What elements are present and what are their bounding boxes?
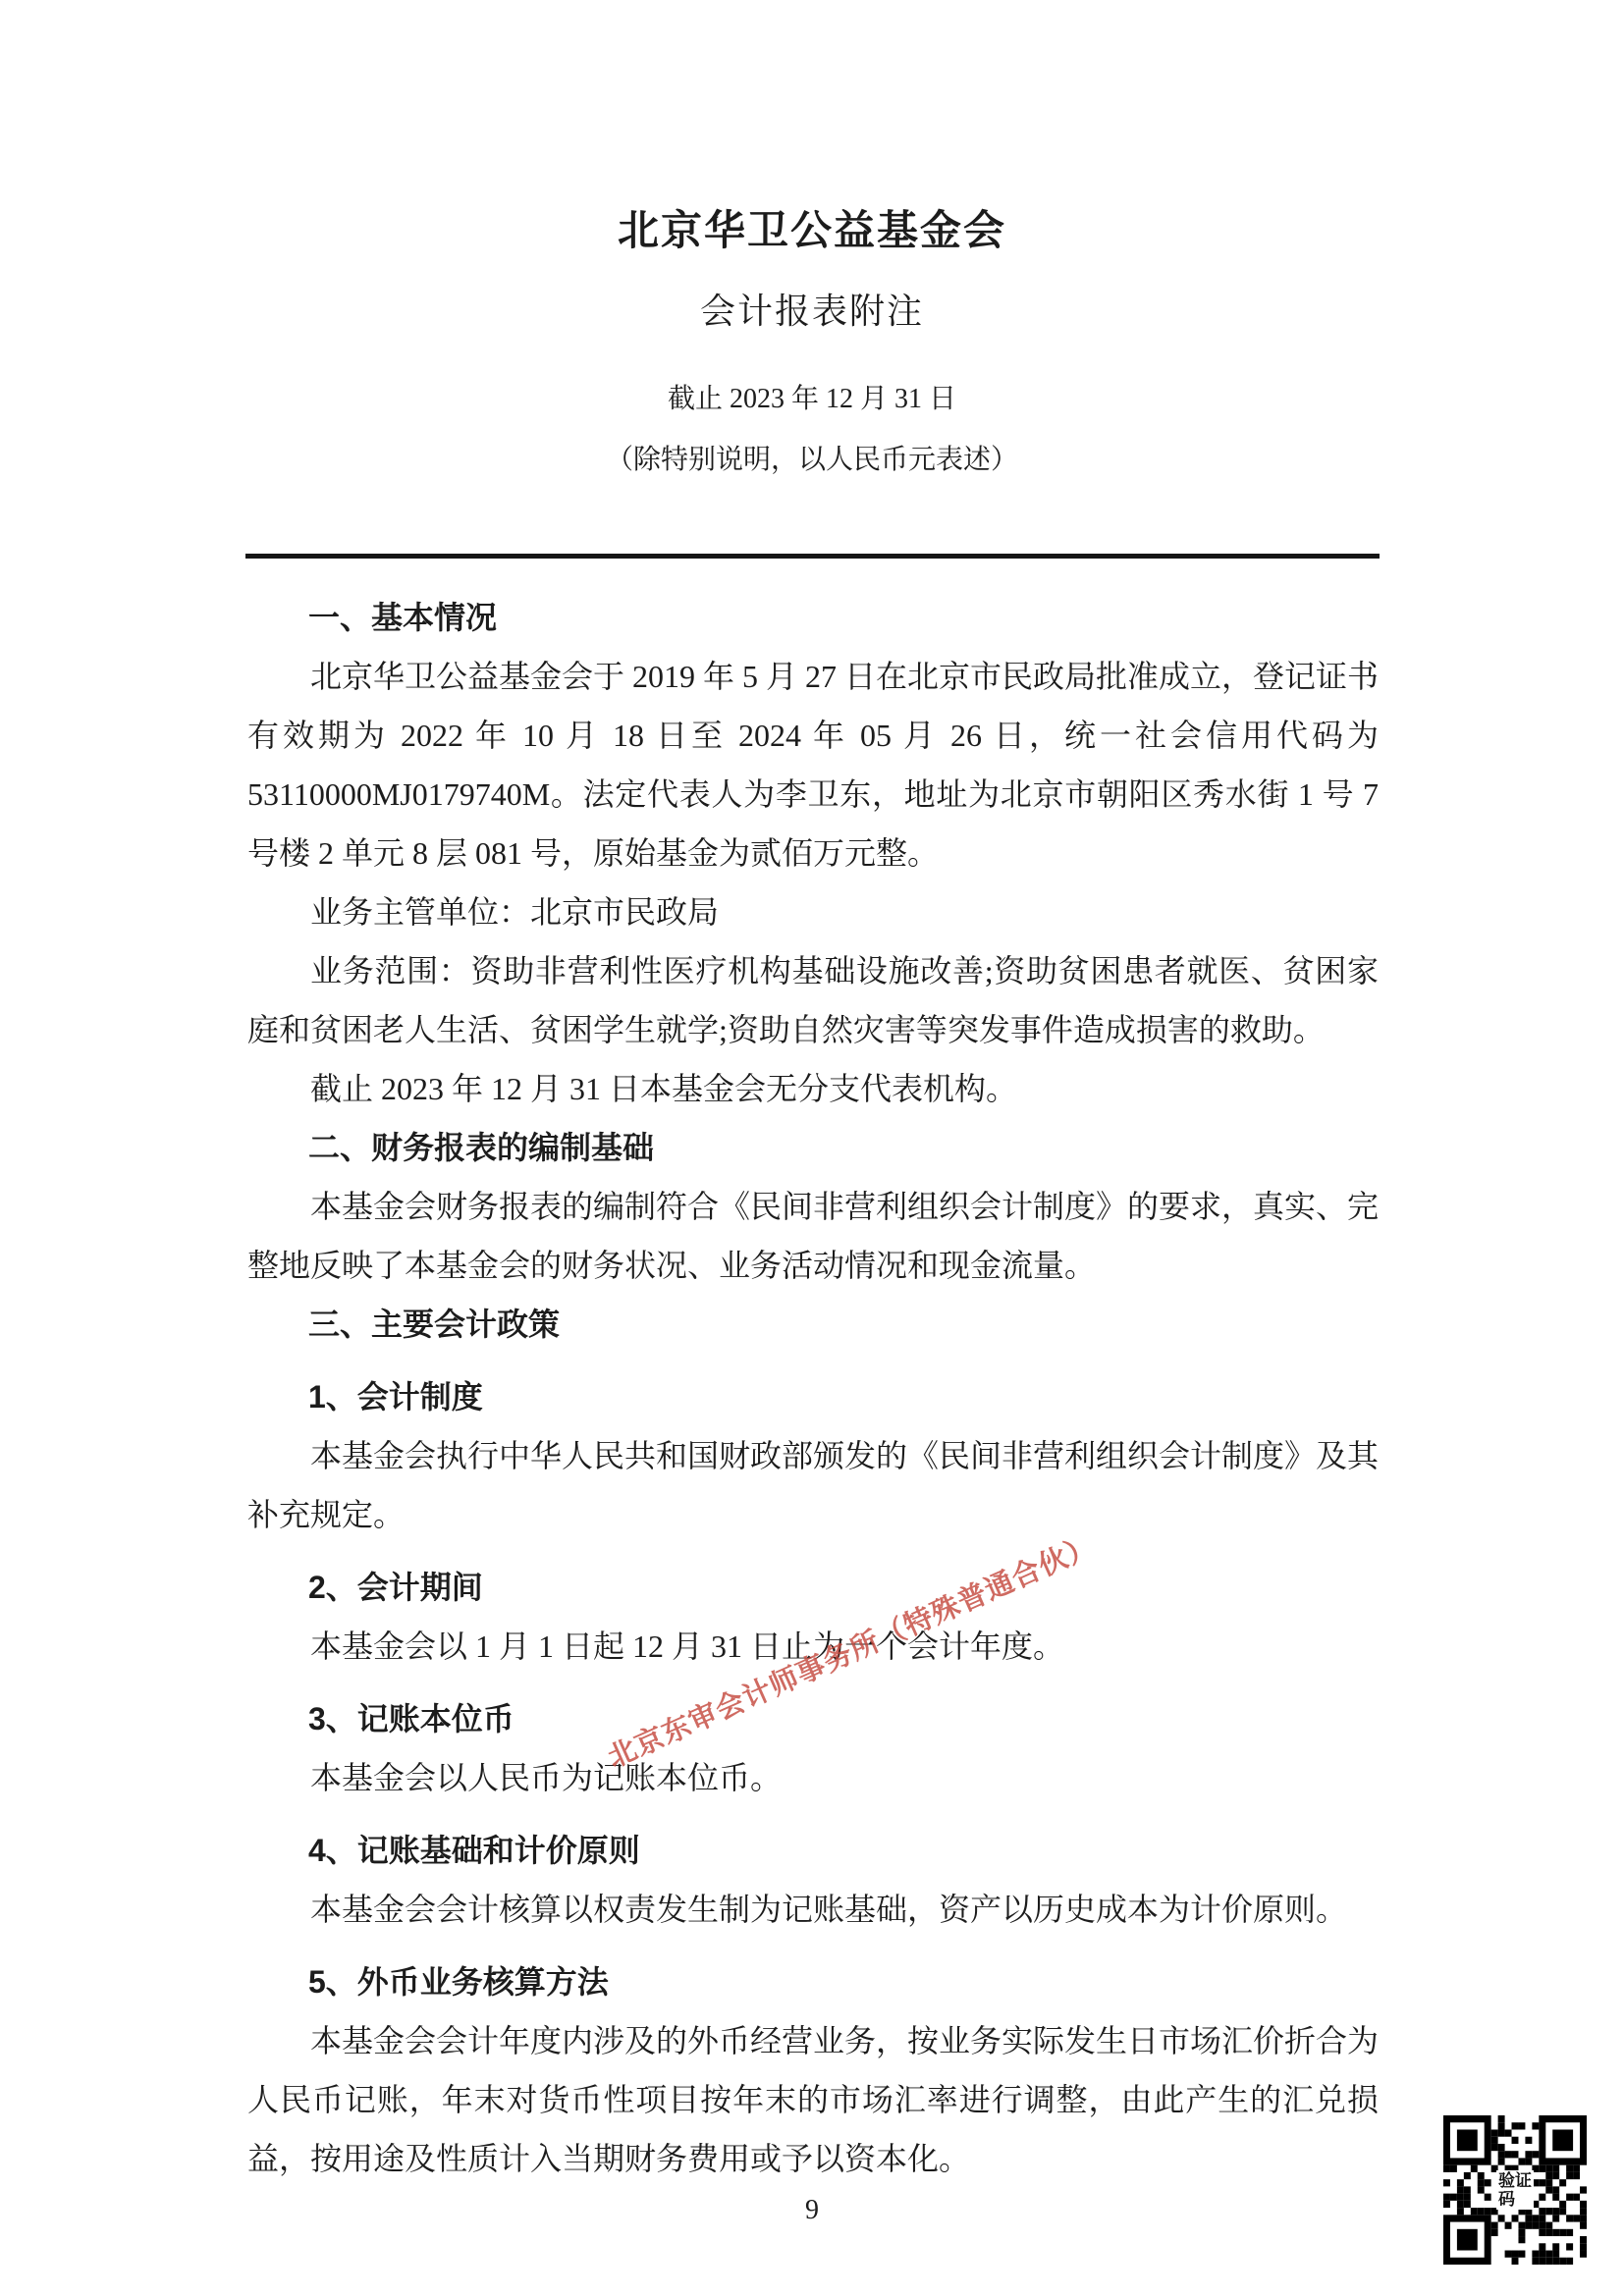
policy-1-paragraph: 本基金会执行中华人民共和国财政部颁发的《民间非营利组织会计制度》及其补充规定。 <box>247 1426 1379 1544</box>
policy-3-heading: 3、记账本位币 <box>247 1689 1379 1748</box>
qr-code: 验证 码 <box>1443 2115 1587 2265</box>
currency-note-line: （除特别说明，以人民币元表述） <box>0 446 1624 475</box>
document-header: 北京华卫公益基金会 会计报表附注 截止 2023 年 12 月 31 日 （除特… <box>0 0 1624 475</box>
policy-5-heading: 5、外币业务核算方法 <box>247 1952 1379 2011</box>
header-divider-rule <box>245 554 1380 559</box>
section-1-paragraph-2: 业务主管单位：北京市民政局 <box>247 882 1379 941</box>
section-1-paragraph-4: 截止 2023 年 12 月 31 日本基金会无分支代表机构。 <box>247 1059 1379 1118</box>
report-date-line: 截止 2023 年 12 月 31 日 <box>0 385 1624 414</box>
document-page: 北京华卫公益基金会 会计报表附注 截止 2023 年 12 月 31 日 （除特… <box>0 0 1624 2296</box>
section-1-paragraph-3: 业务范围：资助非营利性医疗机构基础设施改善;资助贫困患者就医、贫困家庭和贫困老人… <box>247 941 1379 1059</box>
section-1-heading: 一、基本情况 <box>247 588 1379 647</box>
page-number: 9 <box>0 2194 1624 2227</box>
document-title: 北京华卫公益基金会 <box>0 0 1624 253</box>
policy-2-heading: 2、会计期间 <box>247 1558 1379 1617</box>
policy-4-paragraph: 本基金会会计核算以权责发生制为记账基础，资产以历史成本为计价原则。 <box>247 1880 1379 1939</box>
section-3-heading: 三、主要会计政策 <box>247 1295 1379 1354</box>
policy-5-paragraph: 本基金会会计年度内涉及的外币经营业务，按业务实际发生日市场汇价折合为人民币记账，… <box>247 2011 1379 2188</box>
policy-3-paragraph: 本基金会以人民币为记账本位币。 <box>247 1748 1379 1807</box>
document-subtitle: 会计报表附注 <box>0 293 1624 330</box>
policy-4-heading: 4、记账基础和计价原则 <box>247 1821 1379 1880</box>
section-1-paragraph-1: 北京华卫公益基金会于 2019 年 5 月 27 日在北京市民政局批准成立，登记… <box>247 647 1379 882</box>
section-2-paragraph-1: 本基金会财务报表的编制符合《民间非营利组织会计制度》的要求，真实、完整地反映了本… <box>247 1177 1379 1295</box>
section-2-heading: 二、财务报表的编制基础 <box>247 1118 1379 1177</box>
qr-verification-label: 验证 码 <box>1496 2170 1534 2210</box>
policy-2-paragraph: 本基金会以 1 月 1 日起 12 月 31 日止为一个会计年度。 <box>247 1617 1379 1676</box>
document-body: 一、基本情况 北京华卫公益基金会于 2019 年 5 月 27 日在北京市民政局… <box>247 588 1379 2188</box>
policy-1-heading: 1、会计制度 <box>247 1367 1379 1426</box>
